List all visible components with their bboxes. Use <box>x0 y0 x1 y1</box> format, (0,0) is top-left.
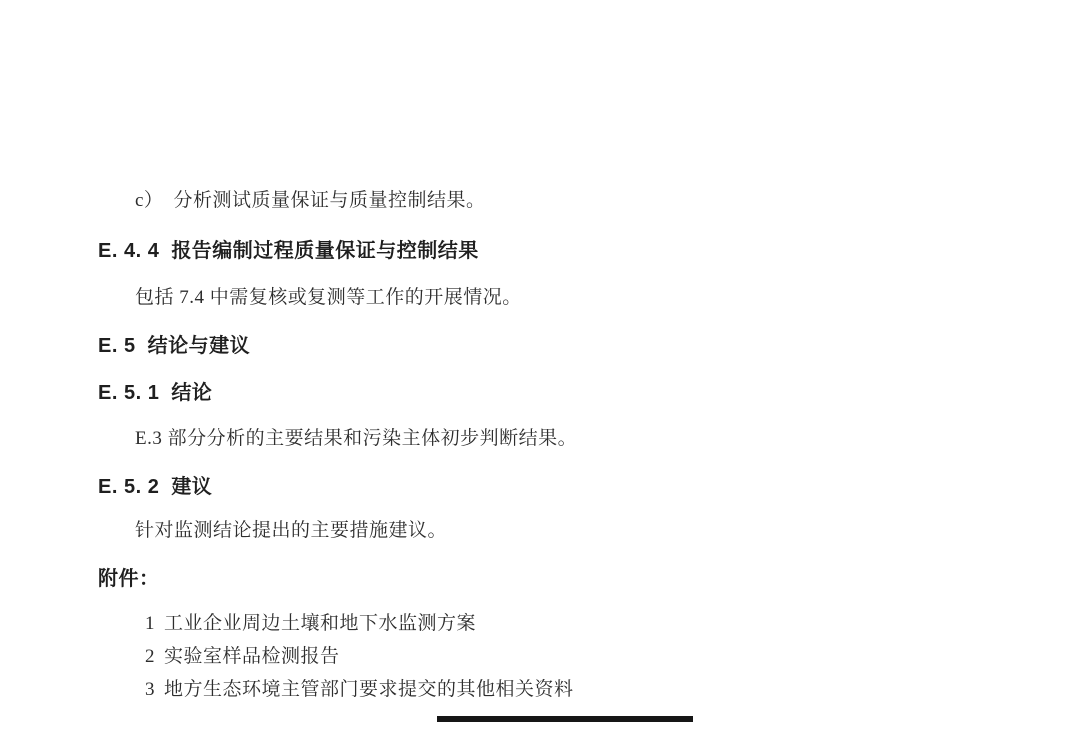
paragraph-e5-2: 针对监测结论提出的主要措施建议。 <box>135 515 447 542</box>
section-number: E. 5. 2 <box>98 476 159 499</box>
section-number: E. 5 <box>98 335 136 358</box>
attachment-item-number: 3 <box>145 679 155 701</box>
page-bottom-rule <box>437 716 693 722</box>
section-heading-e4-4: E. 4. 4报告编制过程质量保证与控制结果 <box>98 234 479 263</box>
attachment-item-text: 地方生态环境主管部门要求提交的其他相关资料 <box>164 679 574 700</box>
attachment-list-item: 3地方生态环境主管部门要求提交的其他相关资料 <box>145 674 574 701</box>
section-heading-e5: E. 5结论与建议 <box>98 329 250 358</box>
section-number: E. 4. 4 <box>98 240 159 263</box>
lettered-list-item-c: c）分析测试质量保证与质量控制结果。 <box>135 185 485 212</box>
section-title: 结论与建议 <box>148 335 251 357</box>
paragraph-e5-1: E.3 部分分析的主要结果和污染主体初步判断结果。 <box>135 423 577 450</box>
attachment-item-number: 2 <box>145 646 155 668</box>
attachment-list-item: 2实验室样品检测报告 <box>145 641 340 668</box>
section-title: 结论 <box>171 382 212 404</box>
attachment-item-text: 实验室样品检测报告 <box>164 646 340 667</box>
section-title: 报告编制过程质量保证与控制结果 <box>171 240 479 262</box>
paragraph-e4-4: 包括 7.4 中需复核或复测等工作的开展情况。 <box>135 282 522 309</box>
list-item-c-label: c） <box>135 185 163 212</box>
document-page: c）分析测试质量保证与质量控制结果。 E. 4. 4报告编制过程质量保证与控制结… <box>0 0 1080 732</box>
attachments-heading: 附件： <box>98 562 160 591</box>
section-heading-e5-1: E. 5. 1结论 <box>98 376 212 405</box>
attachment-item-text: 工业企业周边土壤和地下水监测方案 <box>164 613 476 634</box>
attachment-list-item: 1工业企业周边土壤和地下水监测方案 <box>145 608 476 635</box>
list-item-c-text: 分析测试质量保证与质量控制结果。 <box>173 190 485 211</box>
section-title: 建议 <box>171 476 212 498</box>
section-number: E. 5. 1 <box>98 382 159 405</box>
section-heading-e5-2: E. 5. 2建议 <box>98 470 212 499</box>
attachment-item-number: 1 <box>145 613 155 635</box>
